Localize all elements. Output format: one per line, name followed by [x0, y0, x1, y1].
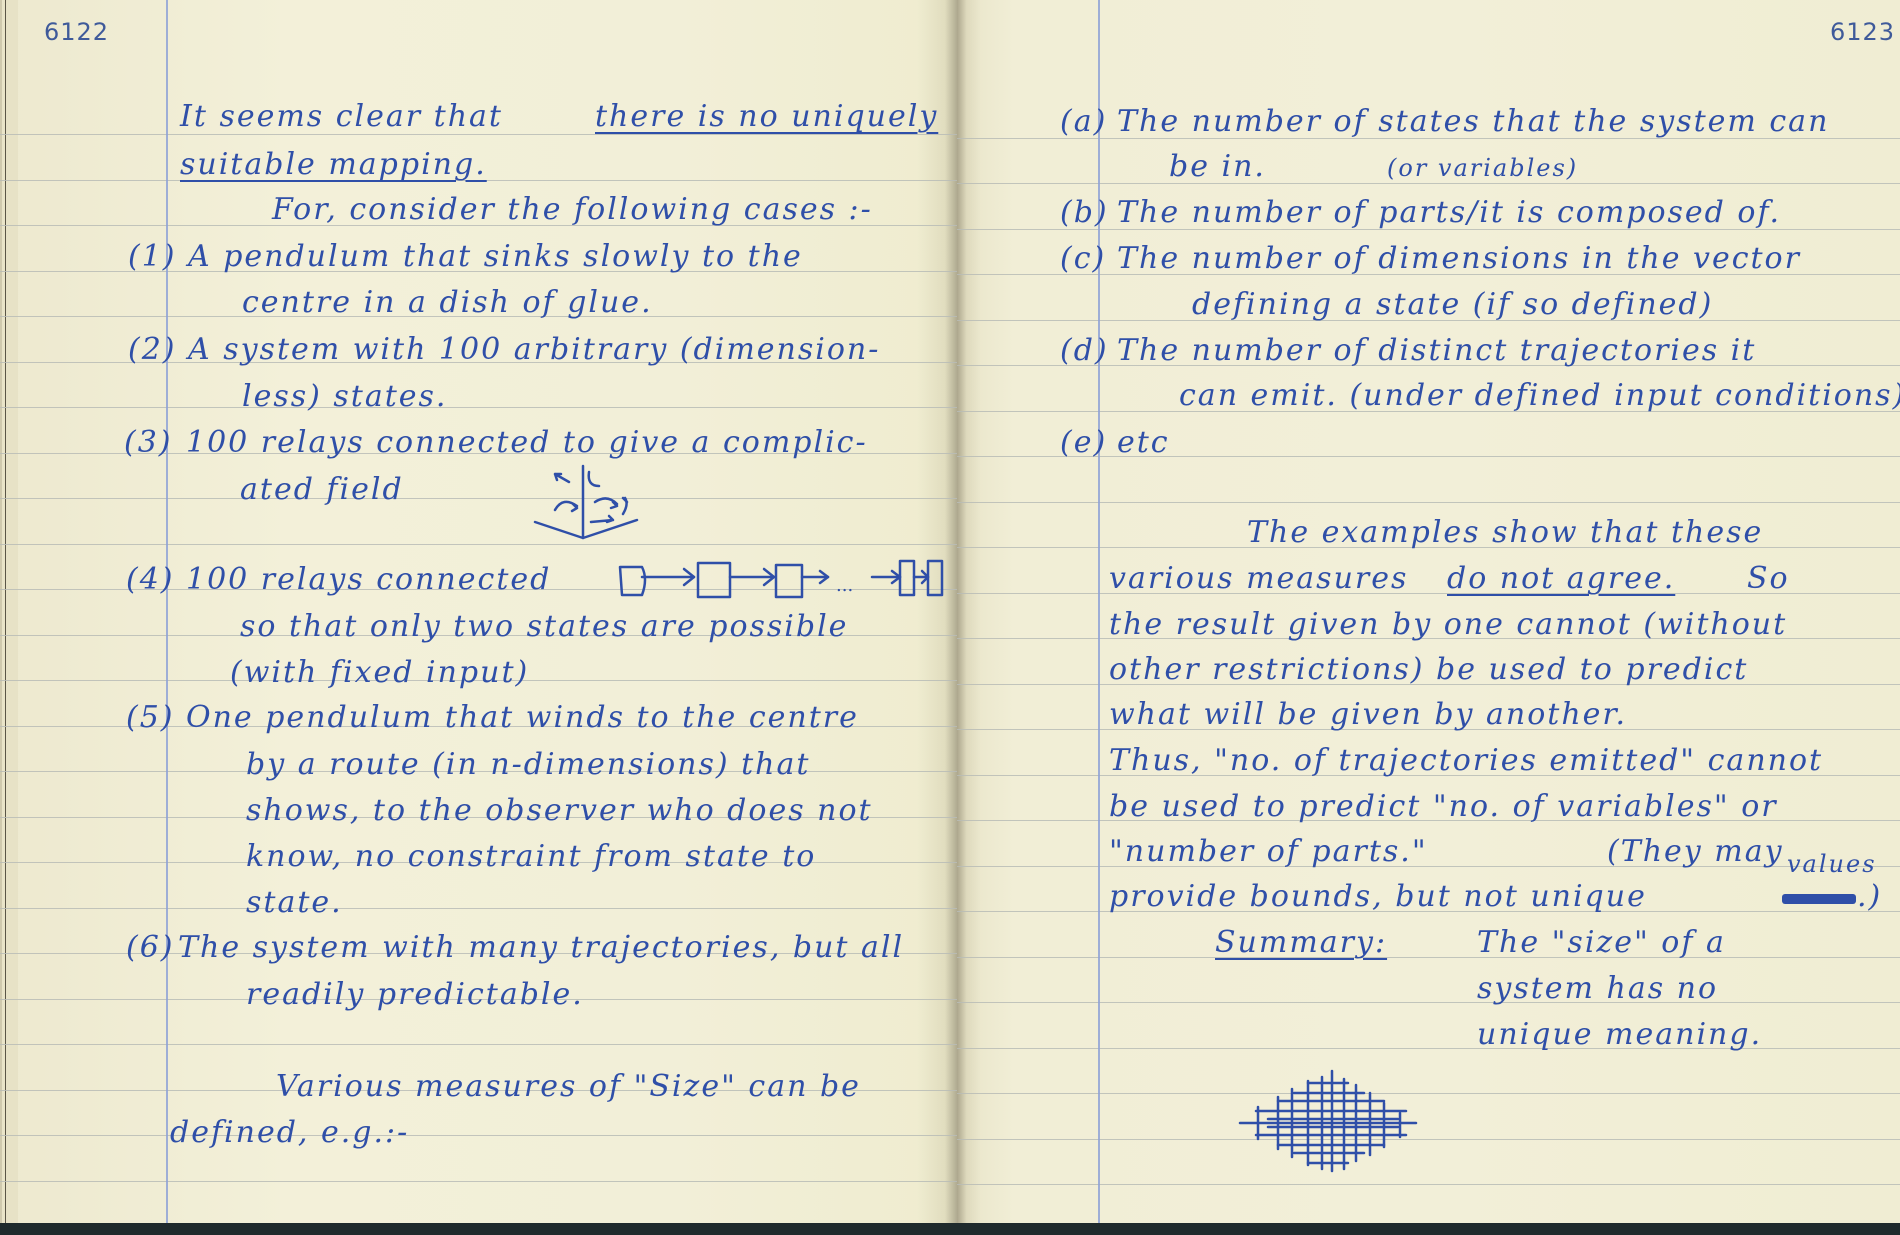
handwritten-line: less) states.	[242, 382, 447, 412]
handwritten-line: "number of parts."	[1109, 837, 1428, 867]
handwritten-insertion: values	[1787, 852, 1877, 876]
svg-text:...: ...	[836, 575, 853, 596]
case-number: (2)	[128, 335, 177, 365]
crosshatch-trajectory-icon	[1232, 1063, 1432, 1173]
handwritten-line: by a route (in n-dimensions) that	[246, 750, 810, 780]
page-edge-stack	[0, 0, 18, 1223]
handwritten-line: system has no	[1477, 974, 1718, 1004]
right-notebook-page: 6123 (a) The number of states that the s…	[957, 0, 1900, 1223]
margin-line	[1098, 0, 1100, 1223]
item-label: (a)	[1060, 107, 1107, 137]
handwritten-line: shows, to the observer who does not	[246, 796, 873, 826]
item-label: (b)	[1060, 198, 1109, 228]
desk-surface	[0, 1223, 1900, 1235]
handwritten-line: readily predictable.	[246, 980, 584, 1010]
handwritten-line: the result given by one cannot (without	[1109, 610, 1787, 640]
handwritten-line: Thus, "no. of trajectories emitted" cann…	[1109, 746, 1823, 776]
handwritten-line: It seems clear that	[180, 102, 503, 132]
scribbled-out-word	[1782, 894, 1856, 904]
case-number: (4)	[126, 565, 175, 595]
left-notebook-page: 6122 It seems clear that there is no uni…	[0, 0, 957, 1223]
handwritten-line: can emit. (under defined input condition…	[1179, 381, 1900, 411]
case-number: (3)	[124, 428, 173, 458]
margin-line	[166, 0, 168, 1223]
gutter-shadow	[917, 0, 957, 1223]
item-label: (c)	[1060, 244, 1106, 274]
handwritten-line: provide bounds, but not unique	[1109, 882, 1647, 912]
handwritten-line: So	[1747, 564, 1790, 594]
page-number: 6122	[44, 18, 109, 46]
handwritten-line: Various measures of "Size" can be	[276, 1072, 861, 1102]
handwritten-line: defined, e.g.:-	[170, 1118, 409, 1148]
item-label: (d)	[1060, 336, 1109, 366]
handwritten-line: .)	[1857, 882, 1882, 912]
handwritten-line: unique meaning.	[1477, 1020, 1762, 1050]
handwritten-line: ated field	[240, 475, 404, 505]
page-number: 6123	[1830, 18, 1895, 46]
item-label: (e)	[1060, 428, 1107, 458]
handwritten-line: The number of states that the system can	[1117, 107, 1829, 137]
handwritten-line: The number of dimensions in the vector	[1117, 244, 1801, 274]
handwritten-line: other restrictions) be used to predict	[1109, 655, 1748, 685]
handwritten-line: The examples show that these	[1247, 518, 1763, 548]
field-diagram-icon	[515, 462, 665, 542]
handwritten-line: be in.	[1169, 152, 1266, 182]
handwritten-line: The "size" of a	[1477, 928, 1726, 958]
handwritten-line: 100 relays connected to give a complic-	[186, 428, 868, 458]
handwritten-line: A pendulum that sinks slowly to the	[188, 242, 803, 272]
handwritten-line: what will be given by another.	[1109, 700, 1627, 730]
handwritten-line-underlined: there is no uniquely	[595, 102, 938, 132]
handwritten-line-underlined: suitable mapping.	[180, 150, 487, 180]
handwritten-line: various measures	[1109, 564, 1408, 594]
handwritten-line: A system with 100 arbitrary (dimension-	[188, 335, 880, 365]
handwritten-line: 100 relays connected	[186, 565, 551, 595]
handwritten-line: For, consider the following cases :-	[272, 195, 873, 225]
handwritten-line: The number of distinct trajectories it	[1117, 336, 1756, 366]
case-number: (6)	[126, 933, 175, 963]
handwritten-line: The system with many trajectories, but a…	[178, 933, 904, 963]
handwritten-line: etc	[1117, 428, 1170, 458]
handwritten-note: (or variables)	[1387, 156, 1578, 180]
handwritten-line: centre in a dish of glue.	[242, 288, 653, 318]
handwritten-line-underlined: do not agree.	[1447, 564, 1675, 594]
handwritten-line: (with fixed input)	[230, 658, 529, 688]
case-number: (1)	[128, 242, 177, 272]
handwritten-line: One pendulum that winds to the centre	[186, 703, 859, 733]
handwritten-line: defining a state (if so defined)	[1192, 290, 1713, 320]
handwritten-line: The number of parts/it is composed of.	[1117, 198, 1781, 228]
handwritten-line: be used to predict "no. of variables" or	[1109, 792, 1778, 822]
handwritten-line: (They may	[1607, 837, 1784, 867]
handwritten-line: know, no constraint from state to	[246, 842, 816, 872]
case-number: (5)	[126, 703, 175, 733]
handwritten-line: state.	[246, 888, 343, 918]
relay-chain-diagram-icon: ...	[616, 555, 946, 605]
handwritten-line: so that only two states are possible	[240, 612, 848, 642]
summary-label: Summary:	[1215, 928, 1387, 958]
